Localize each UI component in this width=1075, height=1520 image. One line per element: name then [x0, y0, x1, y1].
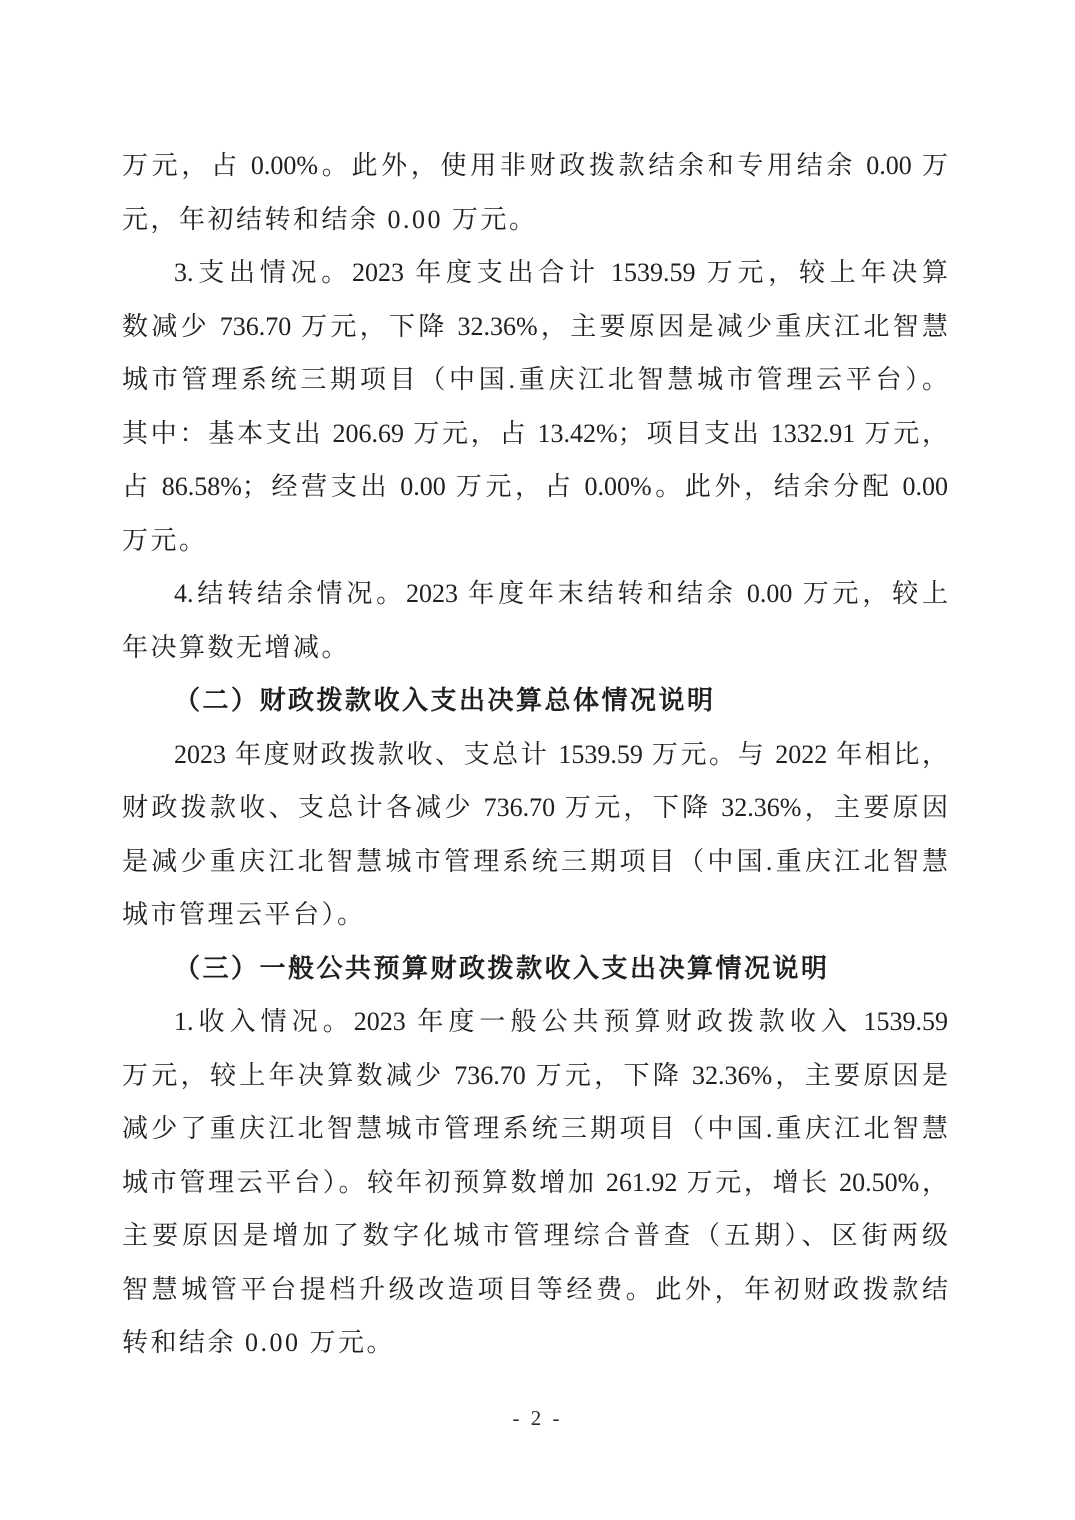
text-line: 减少了重庆江北智慧城市管理系统三期项目（中国.重庆江北智慧	[122, 1102, 948, 1156]
text-line: 财政拨款收、支总计各减少 736.70 万元，下降 32.36%，主要原因	[122, 781, 948, 835]
section-heading-2: （二）财政拨款收入支出决算总体情况说明	[122, 674, 948, 728]
page-footer: - 2 -	[0, 1398, 1075, 1438]
text-line: 1.收入情况。2023 年度一般公共预算财政拨款收入 1539.59	[122, 995, 948, 1049]
text-line: 城市管理云平台）。	[122, 888, 948, 942]
text-line: 城市管理云平台）。较年初预算数增加 261.92 万元，增长 20.50%，	[122, 1156, 948, 1210]
text-line: 占 86.58%；经营支出 0.00 万元，占 0.00%。此外，结余分配 0.…	[122, 460, 948, 514]
section-heading-3: （三）一般公共预算财政拨款收入支出决算情况说明	[122, 942, 948, 996]
text-line: 年决算数无增减。	[122, 621, 948, 675]
text-line: 数减少 736.70 万元，下降 32.36%，主要原因是减少重庆江北智慧	[122, 300, 948, 354]
text-line: 3.支出情况。2023 年度支出合计 1539.59 万元，较上年决算	[122, 246, 948, 300]
text-line: 智慧城管平台提档升级改造项目等经费。此外，年初财政拨款结	[122, 1263, 948, 1317]
text-line: 城市管理系统三期项目（中国.重庆江北智慧城市管理云平台）。	[122, 353, 948, 407]
page-number: - 2 -	[513, 1406, 563, 1430]
text-line: 2023 年度财政拨款收、支总计 1539.59 万元。与 2022 年相比，	[122, 728, 948, 782]
document-body: 万元，占 0.00%。此外，使用非财政拨款结余和专用结余 0.00 万 元，年初…	[122, 139, 948, 1370]
text-line: 万元，较上年决算数减少 736.70 万元，下降 32.36%，主要原因是	[122, 1049, 948, 1103]
document-page: 万元，占 0.00%。此外，使用非财政拨款结余和专用结余 0.00 万 元，年初…	[0, 0, 1075, 1520]
text-line: 转和结余 0.00 万元。	[122, 1316, 948, 1370]
text-line: 元，年初结转和结余 0.00 万元。	[122, 193, 948, 247]
text-line: 其中：基本支出 206.69 万元，占 13.42%；项目支出 1332.91 …	[122, 407, 948, 461]
text-line: 万元。	[122, 514, 948, 568]
text-line: 主要原因是增加了数字化城市管理综合普查（五期）、区街两级	[122, 1209, 948, 1263]
text-line: 4.结转结余情况。2023 年度年末结转和结余 0.00 万元，较上	[122, 567, 948, 621]
text-line: 是减少重庆江北智慧城市管理系统三期项目（中国.重庆江北智慧	[122, 835, 948, 889]
text-line: 万元，占 0.00%。此外，使用非财政拨款结余和专用结余 0.00 万	[122, 139, 948, 193]
